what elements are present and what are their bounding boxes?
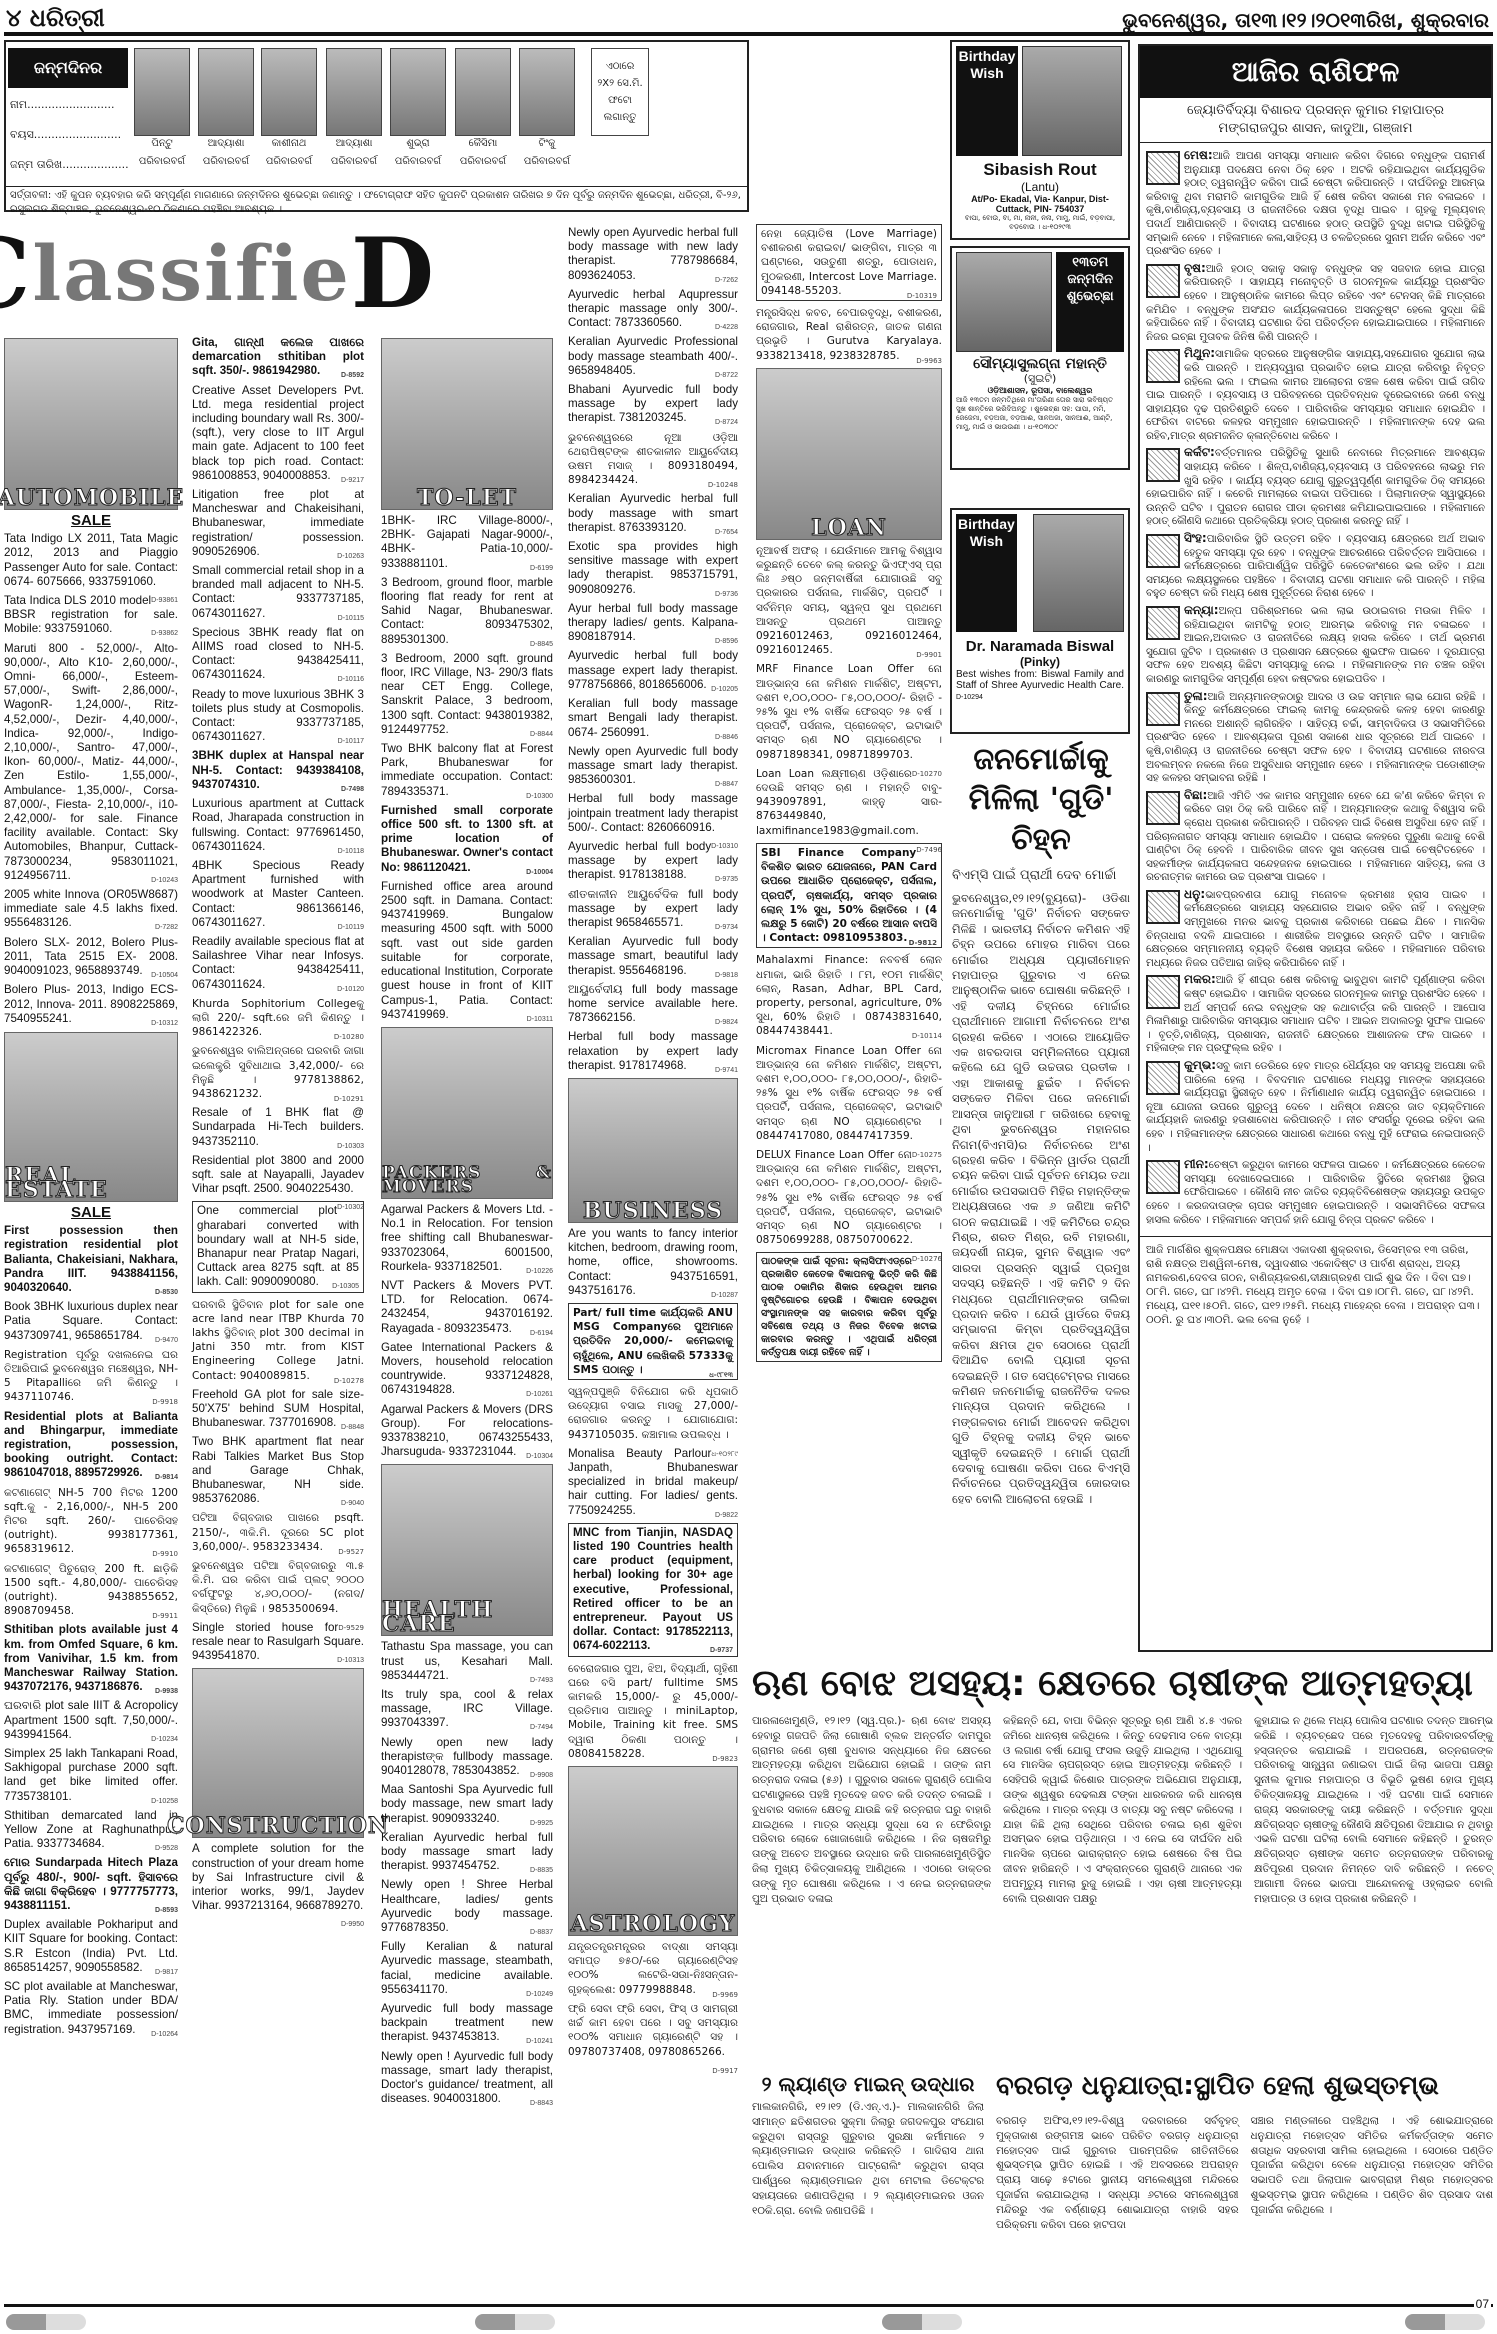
- horoscope-pisces: ମୀନ:ଚେଷ୍ଟା କରୁଥିବା କାମରେ ସଫଳତା ପାଇବେ । କ…: [1146, 1158, 1485, 1227]
- horoscope-sagittarius: ଧନୁ:ଭାବପ୍ରବଣତା ଯୋଗୁ ମନୋବଳ କ୍ରମଶଃ ହ୍ରାସ ପ…: [1146, 888, 1485, 971]
- classified-ad: Tathastu Spa massage, you can trust us, …: [381, 1640, 553, 1683]
- automobile-banner: AUTOMOBILE: [4, 338, 178, 510]
- horoscope-aries: ମେଷ:ଆଜି ଆପଣ ସମସ୍ୟା ସମାଧାନ କରିବା ଦିଗରେ ବନ…: [1146, 149, 1485, 259]
- photo-box-line: ଏଠାରେ: [592, 61, 648, 72]
- astrology-banner: ASTROLOGY: [568, 1766, 738, 1936]
- classified-ad: Gita, ଗାନ୍ଧୀ କଲେଜ ପାଖରେ demarcation sthi…: [192, 336, 364, 379]
- to-let-banner: TO-LET: [381, 338, 553, 510]
- horoscope-title: ଆଜିର ରାଶିଫଳ: [1140, 46, 1491, 98]
- classified-ad: Monalisa Beauty Parlour Janpath, Bhubane…: [568, 1447, 738, 1518]
- section-heading: SALE: [4, 514, 178, 528]
- wish-nickname: (ସୁଇଟି): [956, 372, 1124, 386]
- classified-ad: Resale of 1 BHK flat @ Sundarpada Hi-Tec…: [192, 1106, 364, 1149]
- child-photo: [198, 48, 254, 136]
- news-janamorcha: ଜନମୋର୍ଚ୍ଚାକୁ ମିଳିଲା 'ଗୁଡି' ଚିହ୍ନ ବିଏମ୍‌ସ…: [952, 740, 1130, 1507]
- classified-column-massage: Newly open Ayurvedic herbal full body ma…: [568, 226, 738, 2078]
- classified-ad: Keralian full body massage smart Bengali…: [568, 697, 738, 740]
- classified-ad: Litigation free plot at Mancheswar and C…: [192, 488, 364, 559]
- classified-ad: Bolero Plus- 2013, Indigo ECS- 2012, Inn…: [4, 983, 178, 1026]
- news-column: କହିଛନ୍ତି ଯେ, ବାପା ବିଭିନ୍ନ ସୂତ୍ରରୁ ଋଣ ଆଣି…: [1003, 1714, 1242, 1906]
- classified-ad-boxed: Part/ full time କାର୍ଯ୍ୟକରି ANU MSG Compa…: [568, 1303, 738, 1380]
- bottom-rule: [4, 2304, 1493, 2307]
- classified-ad: Single storied house for resale near to …: [192, 1621, 364, 1664]
- birthday-wish-card: Birthday Wish Sibasish Rout (Lantu) At/P…: [950, 40, 1130, 240]
- classified-ad: Two BHK balcony flat at Forest Park, Bhu…: [381, 742, 553, 799]
- classified-ad: Ayurvedic full body massage backpain tre…: [381, 2002, 553, 2045]
- banner-label: TO-LET: [417, 491, 517, 505]
- horoscope-taurus: ବୃଷ:ଆଜି ହଠାତ୍ ସକାଳୁ ସକାଳୁ ବନ୍ଧୁଙ୍କ ସହ ସଜ…: [1146, 262, 1485, 345]
- wish-nickname: (Pinky): [956, 655, 1124, 669]
- banner-label: LOAN: [811, 521, 887, 535]
- classified-ad: ଘରବାରି plot sale IIIT & Acropolicy Apart…: [4, 1699, 178, 1742]
- classified-column-automobile: AUTOMOBILE SALE Tata Indigo LX 2011, Tat…: [4, 338, 178, 2042]
- author-name: ଜ୍ୟୋତିର୍ବିଦ୍ୟା ବିଶାରଦ ପ୍ରସନ୍ନ କୁମାର ମହାପ…: [1140, 102, 1491, 120]
- classified-ad: ଫ୍ରି ସେବା ଫ୍ରି ସେବା, ଫିସ୍ ଓ ସାମଗ୍ରୀ ଖର୍ଚ…: [568, 2002, 738, 2059]
- classified-ad: Duplex available Pokhariput and KIIT Squ…: [4, 1918, 178, 1975]
- classified-ad: 1BHK- IRC Village-8000/-, 2BHK- Gajapati…: [381, 514, 553, 571]
- classified-ad: Sthitiban plots available just 4 km. fro…: [4, 1623, 178, 1694]
- classified-ad: Bolero SLX- 2012, Bolero Plus- 2011, Tat…: [4, 936, 178, 979]
- sagittarius-icon: [1146, 890, 1180, 924]
- author-place: ମଙ୍ଗରାଜପୁର ଶାସନ, କାଦୁଆ, ଗଞ୍ଜାମ: [1140, 120, 1491, 138]
- classified-ad: Newly open Ayurvedic full body massage s…: [568, 745, 738, 788]
- classified-ad: ସ୍ୱଳ୍ପପୁଞ୍ଜି ବିନିଯୋଗ କରି ଧୂପକାଠି ଉଦ୍ୟୋଗ …: [568, 1385, 738, 1442]
- classified-ad: NVT Packers & Movers PVT. LTD. for Reloc…: [381, 1279, 553, 1336]
- horoscope-author: ଜ୍ୟୋତିର୍ବିଦ୍ୟା ବିଶାରଦ ପ୍ରସନ୍ନ କୁମାର ମହାପ…: [1140, 98, 1491, 143]
- wish-photo: [1033, 514, 1124, 632]
- classified-ad: Khurda Sophitorium Collegeକୁ ଲାଗି 220/- …: [192, 997, 364, 1040]
- classified-ad: Ayurvedic herbal Aqupressur therapic mas…: [568, 288, 738, 331]
- banner-label: BUSINESS: [583, 1204, 723, 1218]
- classified-ad: Furnished small corporate office 500 sft…: [381, 804, 553, 875]
- banner-label: AUTOMOBILE: [0, 491, 184, 505]
- health-care-banner: HEALTH CARE: [381, 1464, 553, 1636]
- wish-name: ସୌମ୍ୟାସୁଲଗ୍ନା ମହାନ୍ତି: [956, 356, 1124, 372]
- page-label: ୪ ଧରିତ୍ରୀ: [6, 4, 105, 32]
- banner-label: CONSTRUCTION: [167, 1819, 389, 1833]
- real-estate-banner: REAL ESTATE: [4, 1032, 178, 1202]
- news-farmer-suicide: ଋଣ ବୋଝ ଅସହ୍ୟ: କ୍ଷେତରେ ଚାଷୀଙ୍କ ଆତ୍ମହତ୍ୟା …: [752, 1658, 1493, 1906]
- classified-ad: Residential plots at Balianta and Bhinga…: [4, 1410, 178, 1481]
- classified-ad: Its truly spa, cool & relax massage, IRC…: [381, 1688, 553, 1731]
- classified-ad: Mahalaxmi Finance: ନବବର୍ଷ ଲୋନ ଧମାକା, ଭାର…: [756, 953, 942, 1038]
- classified-column-property: Gita, ଗାନ୍ଧୀ କଲେଜ ପାଖରେ demarcation sthi…: [192, 336, 364, 1933]
- gemini-icon: [1146, 349, 1180, 383]
- horoscope-cancer: କର୍କଟ:ବର୍ତ୍ତମାନର ପରିସ୍ଥିତିକୁ ସୁଧାରି ନେବା…: [1146, 446, 1485, 529]
- scroll-indicator: [882, 2314, 962, 2330]
- classified-ad: Keralian Ayurvedic Professional body mas…: [568, 335, 738, 378]
- news-headline: ବରଗଡ଼ ଧନୁଯାତ୍ରା:ସ୍ଥାପିତ ହେଲା ଶୁଭସ୍ତମ୍ଭ: [996, 2064, 1493, 2108]
- classified-ad: Keralian Ayurvedic herbal full body mass…: [568, 492, 738, 535]
- banner-label: REAL ESTATE: [5, 1169, 177, 1197]
- classified-column-to-let: TO-LET 1BHK- IRC Village-8000/-, 2BHK- G…: [381, 338, 553, 2111]
- classified-ad: 3BHK duplex at Hanspal near NH-5. Contac…: [192, 749, 364, 792]
- classified-ad: DELUX Finance Loan Offer ନୋ ଆଡ୍‌ଭାନ୍ସ ନୋ…: [756, 1148, 942, 1247]
- wish-address: ଓଡ଼ିଆଶାସନ, ରୂପସା, ବାଲେଶ୍ୱର: [956, 386, 1124, 396]
- age-field[interactable]: ବୟସ.........................: [10, 128, 121, 142]
- classified-ad: Simplex 25 lakh Tankapani Road, Sakhigop…: [4, 1747, 178, 1804]
- page-number: 07: [1474, 2297, 1491, 2311]
- news-column: ପାରଳାଖେମୁଣ୍ଡି, ୧୨।୧୨ (ସ୍ୱ.ପ୍ର.)- ଋଣ ବୋଝ …: [752, 1714, 991, 1906]
- wish-tag: Birthday Wish: [956, 46, 1018, 156]
- classified-ad: Specious 3BHK ready flat on AIIMS road c…: [192, 626, 364, 683]
- scroll-indicator: [6, 2314, 86, 2330]
- classified-ad: Tata Indigo LX 2011, Tata Magic 2012, 20…: [4, 532, 178, 589]
- scroll-indicator: [475, 2314, 555, 2330]
- child-photo: [261, 48, 317, 136]
- classified-ad: Exotic spa provides high sensitive massa…: [568, 540, 738, 597]
- aries-icon: [1146, 151, 1180, 185]
- classified-ad: Readily available specious flat at Saila…: [192, 935, 364, 992]
- classified-ad: ମୋର Sundarpada Hitech Plaza ପୂର୍ବରୁ 480/…: [4, 1856, 178, 1913]
- news-column: ବରଗଡ଼ ଅଫିସ,୧୨।୧୨-ବିଶ୍ୱ ଦରବାରରେ ସର୍ବବୃହତ୍…: [996, 2114, 1239, 2232]
- horoscope-capricorn: ମକର:ଆଜି ହିଁ ଶୀଘ୍ର ଶେଷ କରିବାକୁ ଭାବୁଥିବା କ…: [1146, 973, 1485, 1056]
- child-photo: [134, 48, 190, 136]
- horoscope-gemini: ମିଥୁନ:ସାମାଜିକ ସ୍ତରରେ ଆନୁଷଙ୍ଗିକ ସାହାଯ୍ୟ,ସ…: [1146, 347, 1485, 443]
- horoscope-libra: ତୁଳା:ଆଜି ଅନ୍ୟମାନଙ୍କଠାରୁ ଆଦର ଓ ଉଚ୍ଚ ସମ୍ମା…: [1146, 690, 1485, 786]
- virgo-icon: [1146, 606, 1180, 640]
- child-name: ଟିଂକୁ: [509, 138, 585, 149]
- libra-icon: [1146, 692, 1180, 726]
- classified-ad: Tata Indica DLS 2010 model BBSR registra…: [4, 594, 178, 637]
- classified-ad: ପଟିଆ ବିଗ୍‌ବଜାର ପାଖରେ psqft. 2150/-, ୩କି.…: [192, 1511, 364, 1554]
- wish-tag: Birthday Wish: [956, 514, 1017, 632]
- classified-ad-boxed: SBI Finance Company ବିକଶିତ ଭାରତ ଯୋଜନାରେ,…: [756, 843, 942, 948]
- classified-column-finance: ନେହା ଜ୍ୟୋତିଷ (Love Marriage) ବଶୀକରଣ କରାଇ…: [756, 224, 942, 1367]
- packers-movers-banner: PACKERS & MOVERS: [381, 1027, 553, 1199]
- photo-box-line: ଲଗାନ୍ତୁ: [592, 112, 648, 123]
- classified-ad: SC plot available at Mancheswar, Patia R…: [4, 1980, 178, 2037]
- classified-ad: Ayur herbal full body massage therapy la…: [568, 602, 738, 645]
- news-body: ମାଲକାନଗିରି, ୧୨।୧୨ (ଡି.ଏନ୍.ଏ.)- ମାଲକାନଗିର…: [752, 2100, 984, 2218]
- child-photo: [519, 48, 575, 136]
- leo-icon: [1146, 534, 1180, 568]
- classified-ad: MRF Finance Loan Offer ନୋ ଆଡ୍‌ଭାନ୍ସ ନୋ କ…: [756, 662, 942, 761]
- classified-ad: Residential plot 3800 and 2000 sqft. sal…: [192, 1154, 364, 1197]
- classified-ad: Newly open new lady therapistଙ୍କ fullbod…: [381, 1736, 553, 1779]
- classified-ad: Two BHK apartment flat near Rabi Talkies…: [192, 1435, 364, 1506]
- wish-photo: [956, 252, 1052, 352]
- classified-ad-boxed: One commercial plot gharabari converted …: [192, 1201, 364, 1292]
- classified-ad: Freehold GA plot for sale size- 50'X75' …: [192, 1388, 364, 1431]
- classified-ad: ନୂଆବର୍ଷ ଅଫର୍ । ଯେଉଁମାନେ ଆମକୁ ବିଶ୍ୱାସ କରୁ…: [756, 544, 942, 658]
- classified-ad: Micromax Finance Loan Offer ନୋ ଆଡ୍‌ଭାନ୍ସ…: [756, 1044, 942, 1143]
- wish-nickname: (Lantu): [956, 180, 1124, 194]
- logo-letter: C: [0, 217, 32, 330]
- classified-ad: Ayurvedic herbal full body massage exper…: [568, 649, 738, 692]
- cancer-icon: [1146, 448, 1180, 482]
- wish-from: Best wishes from: Biswal Family and Staf…: [956, 669, 1124, 702]
- classified-ad: ମନ୍ତ୍ରସିଦ୍ଧ କବଚ, ବେପାରବୃଦ୍ଧି, ବଶୀକରଣ, ରୋ…: [756, 306, 942, 363]
- classified-ad: Newly open ! Ayurvedic full body massage…: [381, 2050, 553, 2107]
- logo-text: lassifie: [32, 229, 350, 318]
- dob-field[interactable]: ଜନ୍ମ ତାରିଖ...................: [10, 158, 129, 172]
- classified-ad: କଟଣାଗେଟ୍ ପିଚୁରୋଡ୍ 200 ft. ଛାଡ଼ିକି 1500 s…: [4, 1562, 178, 1619]
- horoscope-virgo: କନ୍ୟା:ଅଳ୍ପ ପରିଶ୍ରମରେ ଭଲ ଲାଭ ଉଠାଇବାର ମଉକା…: [1146, 604, 1485, 687]
- photo-box-line: ୨X୨ ସେ.ମି.: [592, 78, 648, 89]
- child-photo: [455, 48, 511, 136]
- classified-ad: Sthitiban demarcated land in Yellow Zone…: [4, 1809, 178, 1852]
- wish-tag: ୧୩ତମ ଜନ୍ମଦିନ ଶୁଭେଚ୍ଛା: [1056, 252, 1124, 352]
- classified-logo: ClassifieD: [4, 218, 386, 328]
- news-bargarh: ବରଗଡ଼ ଧନୁଯାତ୍ରା:ସ୍ଥାପିତ ହେଲା ଶୁଭସ୍ତମ୍ଭ ବ…: [996, 2064, 1493, 2232]
- classified-ad: Keralian Ayurvedic full body massage sma…: [568, 935, 738, 978]
- classified-ad: Creative Asset Developers Pvt. Ltd. mega…: [192, 384, 364, 483]
- birthday-coupon-title: ଜନ୍ମଦିନର ଶୁଭେଚ୍ଛା: [8, 48, 128, 88]
- loan-banner: LOAN: [756, 368, 942, 540]
- classified-ad: Loan Loan ଲକ୍ଷ୍ମୀଋଣ ଓଡ଼ିଶାରେ ଦେଉଛି ସମସ୍ତ…: [756, 767, 942, 838]
- classified-ad: Keralian Ayurvedic herbal full body mass…: [381, 1831, 553, 1874]
- wish-from: ଆଜି ୧୩ତମ ଜନ୍ମତିଥିରେ ମା'ତାରିଣୀ ତୋର ସାରା ଭ…: [956, 396, 1124, 432]
- banner-label: HEALTH CARE: [382, 1603, 552, 1631]
- classified-ad-boxed: MNC from Tianjin, NASDAQ listed 190 Coun…: [568, 1523, 738, 1657]
- top-rule: [4, 32, 1493, 36]
- classified-ad: ଘରବାରି ସ୍ଥିତିବାନ plot for sale one acre …: [192, 1298, 364, 1383]
- aquarius-icon: [1146, 1061, 1180, 1095]
- classified-ad: Are you wants to fancy interior kitchen,…: [568, 1227, 738, 1298]
- scroll-indicator: [1405, 2314, 1485, 2330]
- news-landmine: ୨ ଲ୍ୟାଣ୍ଡ ମାଇନ୍ ଉଦ୍ଧାର ମାଲକାନଗିରି, ୧୨।୧୨…: [752, 2068, 984, 2218]
- classified-ad: ଭୁବନେଶ୍ୱରରେ ନୂଆ ଓଡ଼ିଆ ଥେରାପିଷ୍ଟଙ୍କ ଶୀତକା…: [568, 431, 738, 488]
- wish-name: Dr. Naramada Biswal: [956, 638, 1124, 655]
- classified-ad: Gatee International Packers & Movers, ho…: [381, 1341, 553, 1398]
- banner-label: ASTROLOGY: [571, 1917, 736, 1931]
- classified-ad: Maa Santoshi Spa Ayurvedic full body mas…: [381, 1783, 553, 1826]
- news-column: ସଞ୍ଚାର ମଣ୍ଡଳୀରେ ପହଞ୍ଚିଥିଲା । ଏହି ଶୋଭଯାତ୍…: [1251, 2114, 1494, 2232]
- classified-ad: 4BHK Specious Ready Apartment furnished …: [192, 859, 364, 930]
- news-headline: ଋଣ ବୋଝ ଅସହ୍ୟ: କ୍ଷେତରେ ଚାଷୀଙ୍କ ଆତ୍ମହତ୍ୟା: [752, 1658, 1493, 1710]
- date-line: ଭୁବନେଶ୍ୱର, ତା୧୩।୧୨।୨୦୧୩ରିଖ, ଶୁକ୍ରବାର: [1122, 8, 1489, 32]
- classified-ad: Luxurious apartment at Cuttack Road, Jha…: [192, 797, 364, 854]
- classified-ad: ଭୁବନେଶ୍ୱର ପଟିଆ ବିଗ୍‌ବଜାରରୁ ୩.୫ କି.ମି. ଘର…: [192, 1559, 364, 1616]
- coupon-terms: ସର୍ତ୍ତାବଳୀ: ଏହି କୁପନ ବ୍ୟବହାର କରି ସମ୍ପୂର୍…: [6, 186, 747, 219]
- wish-address: At/Po- Ekadal, Via- Kanpur, Dist- Cuttac…: [956, 194, 1124, 214]
- business-banner: BUSINESS: [568, 1078, 738, 1223]
- name-field[interactable]: ନାମ.........................: [10, 98, 115, 112]
- classified-ad: First possession then registration resid…: [4, 1224, 178, 1295]
- horoscope-leo: ସିଂହ:ପାରିବାରିକ ସ୍ଥିତି ଉତ୍ତମ ରହିବ । ବ୍ୟବସ…: [1146, 532, 1485, 601]
- child-family: ପରିବାରବର୍ଗ: [509, 156, 585, 167]
- classified-ad: Bhabani Ayurvedic full body massage by e…: [568, 383, 738, 426]
- birthday-wish-card: Birthday Wish Dr. Naramada Biswal (Pinky…: [950, 508, 1130, 734]
- birthday-coupon: ଜନ୍ମଦିନର ଶୁଭେଚ୍ଛା ନାମ...................…: [4, 40, 749, 212]
- classified-ad: Small commercial retail shop in a brande…: [192, 564, 364, 621]
- pisces-icon: [1146, 1160, 1180, 1194]
- news-body: ଭୁବନେଶ୍ୱର,୧୨।୧୨(ବ୍ୟୁରୋ)- ଓଡିଶା ଜନମୋର୍ଚ୍ଚ…: [952, 891, 1130, 1507]
- photo-placeholder-box: ଏଠାରେ ୨X୨ ସେ.ମି. ଫଟୋ ଲଗାନ୍ତୁ: [591, 48, 649, 136]
- horoscope-section: ଆଜିର ରାଶିଫଳ ଜ୍ୟୋତିର୍ବିଦ୍ୟା ବିଶାରଦ ପ୍ରସନ୍…: [1138, 44, 1493, 1652]
- classified-ad: 2005 white Innova (OR05W8687) immediate …: [4, 888, 178, 931]
- classified-ad: 3 Bedroom, 2000 sqft. ground floor, IRC …: [381, 652, 553, 737]
- classified-ad: ଯନ୍ତ୍ରତନ୍ତ୍ରମନ୍ତ୍ରର ବାଦ୍‌ଶା ସମସ୍ୟା ସମାପ୍…: [568, 1940, 738, 1997]
- news-subhead: ବିଏମ୍‌ସି ପାଇଁ ପ୍ରାର୍ଥୀ ଦେବ ମୋର୍ଚ୍ଚା: [952, 868, 1130, 883]
- classified-ad: ଆୟୁର୍ବେଦୀୟ full body massage home servic…: [568, 983, 738, 1026]
- readers-notice: ପାଠକଙ୍କ ପାଇଁ ସୂଚନା: କ୍ଲାସିଫାଏଡ୍‌ରେ ପ୍ରକା…: [756, 1252, 942, 1362]
- classified-ad-boxed: ନେହା ଜ୍ୟୋତିଷ (Love Marriage) ବଶୀକରଣ କରାଇ…: [756, 224, 942, 301]
- construction-banner: CONSTRUCTION: [192, 1668, 364, 1838]
- scorpio-icon: [1146, 791, 1180, 825]
- classified-ad: Registration ପୂର୍ବରୁ ଦଖଲନେଇ ଘର ତିଆରିପାଇଁ…: [4, 1348, 178, 1405]
- classified-ad: Newly open ! Shree Herbal Healthcare, la…: [381, 1878, 553, 1935]
- classified-ad: ବେରୋଜଗାର ପୁଅ, ଝିଅ, ବିଦ୍ୟାର୍ଥୀ, ଗୃହିଣୀ ଘର…: [568, 1662, 738, 1761]
- classified-ad: Ayurvedic herbal full body massage by ex…: [568, 840, 738, 883]
- child-photo: [390, 48, 446, 136]
- classified-ad: Book 3BHK luxurious duplex near Patia Sq…: [4, 1300, 178, 1343]
- classified-ad: Agarwal Packers & Movers (DRS Group). Fo…: [381, 1403, 553, 1460]
- classified-ad: Herbal full body massage relaxation by e…: [568, 1030, 738, 1073]
- logo-letter: D: [351, 217, 436, 330]
- wish-name: Sibasish Rout: [956, 160, 1124, 180]
- classified-ad: Ready to move luxurious 3BHK 3 toilets p…: [192, 688, 364, 745]
- news-column: କୁହାଯାଇ ନ ଥିଲେ ମଧ୍ୟ ପୋଲିସ ଘଟଣାର ତଦନ୍ତ ଆର…: [1254, 1714, 1493, 1906]
- classified-ad: ଭୁବନେଶ୍ୱର ବାଲିଅନ୍ତାରେ ଘରବାରି ଜାଗା ଇଲେକ୍ଟ…: [192, 1044, 364, 1101]
- taurus-icon: [1146, 264, 1180, 298]
- panjika: ଆଜି ମାର୍ଗଶିର ଶୁକ୍ଳପକ୍ଷର ମୋକ୍ଷଦା ଏକାଦଶୀ ଶ…: [1140, 1236, 1491, 1333]
- horoscope-scorpio: ବିଛା:ଆଜି ଏମିତି ଏକ କାମର ସମ୍ମୁଖୀନ ହେବେ ଯେ …: [1146, 789, 1485, 885]
- birthday-wish-card: ୧୩ତମ ଜନ୍ମଦିନ ଶୁଭେଚ୍ଛା ସୌମ୍ୟାସୁଲଗ୍ନା ମହାନ…: [950, 246, 1130, 470]
- photo-box-line: ଫଟୋ: [592, 95, 648, 106]
- banner-label: PACKERS & MOVERS: [382, 1166, 552, 1194]
- classified-ad: Herbal full body massage jointpain treat…: [568, 792, 738, 835]
- classified-ad: Furnished office area around 2500 sqft. …: [381, 880, 553, 1022]
- classified-ad: 3 Bedroom, ground floor, marble flooring…: [381, 576, 553, 647]
- classified-ad: Agarwal Packers & Movers Ltd. - No.1 in …: [381, 1203, 553, 1274]
- classified-ad: Newly open Ayurvedic herbal full body ma…: [568, 226, 738, 283]
- classified-ad: Maruti 800 - 52,000/-, Alto- 90,000/-, A…: [4, 642, 178, 883]
- child-photo: [326, 48, 382, 136]
- classified-ad: Fully Keralian & natural Ayurvedic massa…: [381, 1940, 553, 1997]
- wish-photo: [1022, 46, 1122, 156]
- section-heading: SALE: [4, 1206, 178, 1220]
- capricorn-icon: [1146, 975, 1180, 1009]
- classified-ad: A complete solution for the construction…: [192, 1842, 364, 1913]
- horoscope-aquarius: କୁମ୍ଭ:ସବୁ କାମ ଡେରିରେ ହେବ ମାତ୍ର ଧୈର୍ଯ୍ୟର …: [1146, 1059, 1485, 1155]
- news-headline: ୨ ଲ୍ୟାଣ୍ଡ ମାଇନ୍ ଉଦ୍ଧାର: [752, 2068, 984, 2100]
- wish-from: ବାପା, ବୋଉ, ବା, ମା, ନାନୀ, ନନା, ମାମୁ, ମାଇଁ…: [956, 214, 1124, 232]
- news-headline: ଜନମୋର୍ଚ୍ଚାକୁ ମିଳିଲା 'ଗୁଡି' ଚିହ୍ନ: [952, 740, 1130, 860]
- classified-ad: କଟଣାଗେଟ୍ NH-5 700 ମିଟର 1200 sqft.କୁ - 2,…: [4, 1486, 178, 1557]
- classified-ad: ଶୀତକାଳୀନ ଆୟୁର୍ବେଦିକ full body massage by…: [568, 888, 738, 931]
